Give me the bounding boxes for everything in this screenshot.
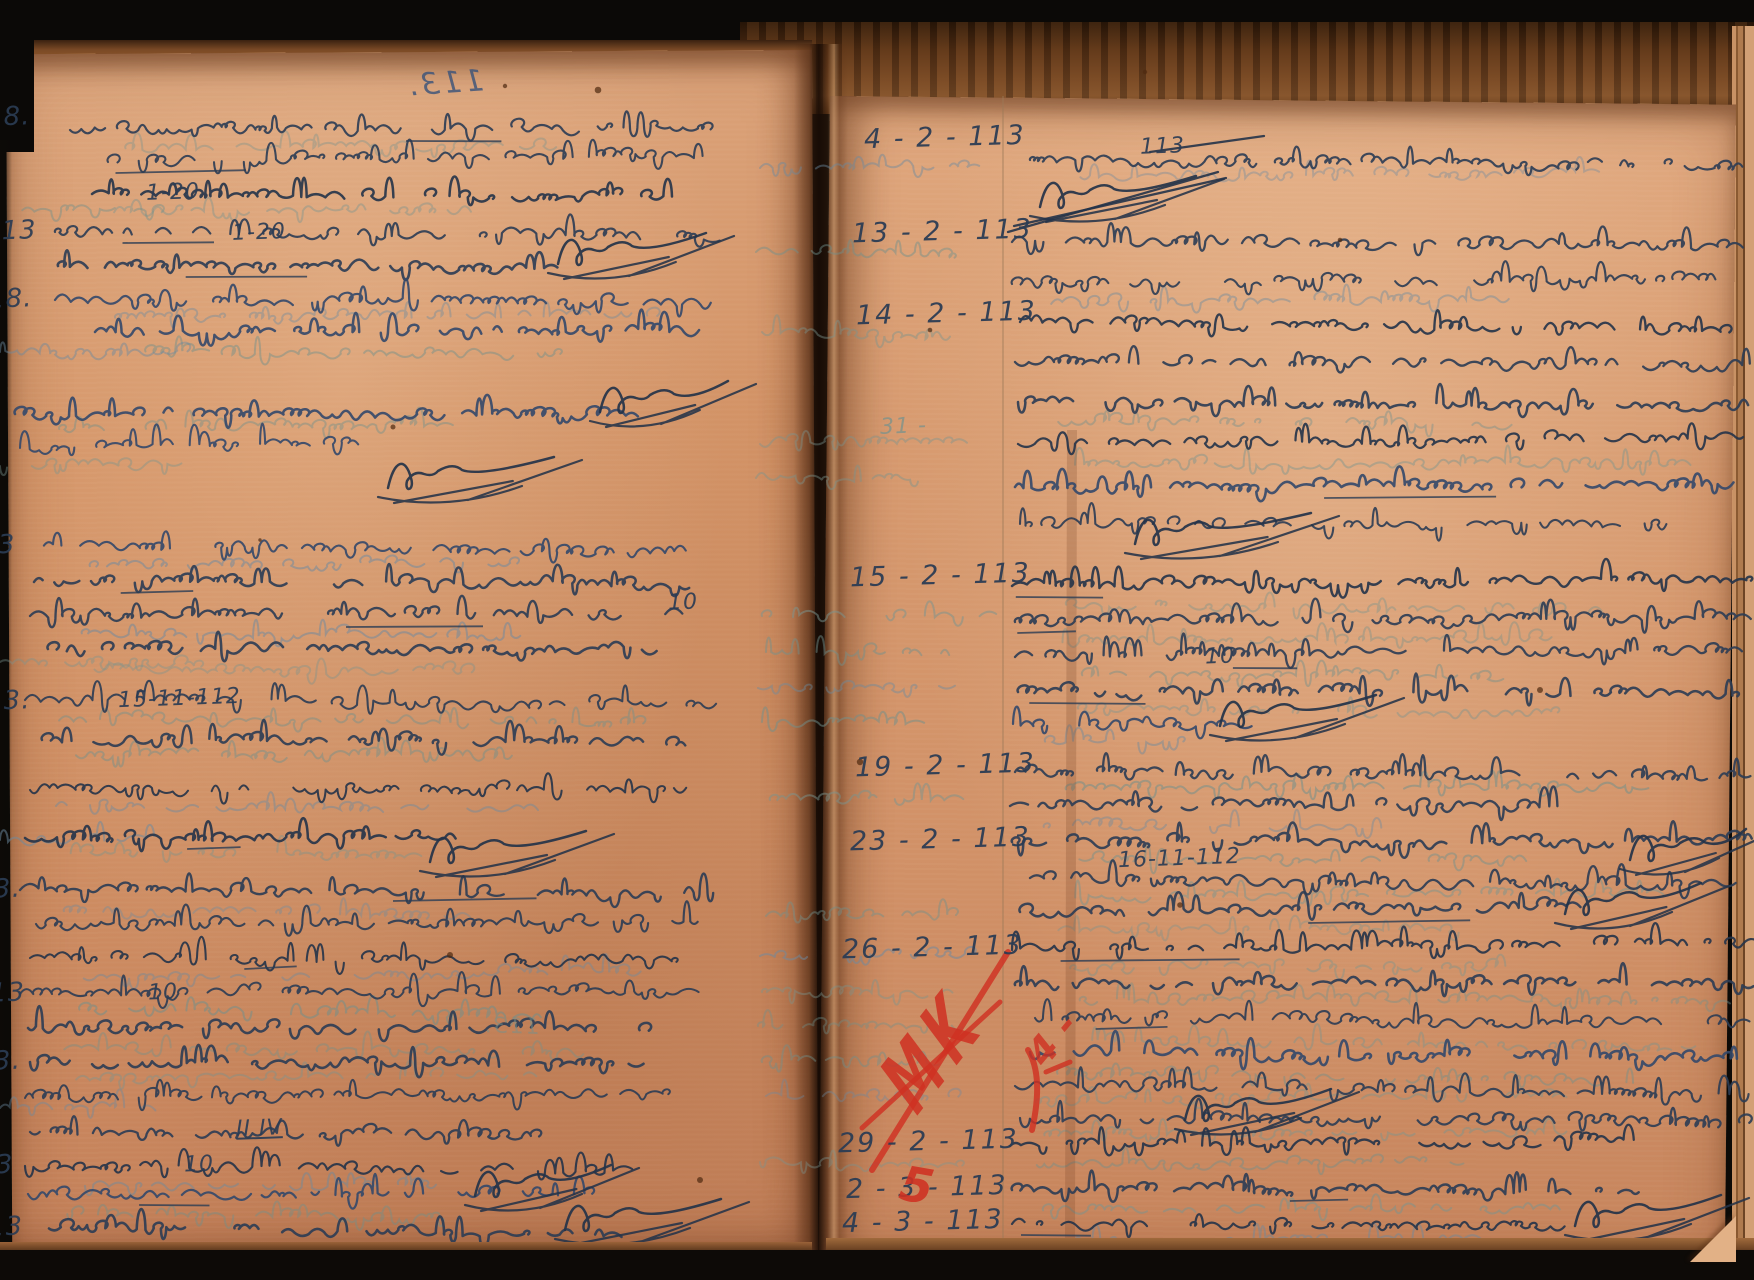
scanner-background-bottom — [0, 1250, 1754, 1280]
left-page — [6, 50, 818, 1254]
page-stack-edge — [1732, 26, 1754, 1254]
left-scan-edge — [0, 140, 12, 1252]
right-page — [819, 96, 1736, 1273]
notebook-scan: 113. 113. 18. 113 18. 3 13. 3. 13 3. 3 1… — [0, 0, 1754, 1280]
dog-ear-corner-fold — [1690, 1216, 1736, 1262]
scan-corner-shadow — [0, 0, 34, 152]
book-gutter — [794, 44, 848, 1256]
